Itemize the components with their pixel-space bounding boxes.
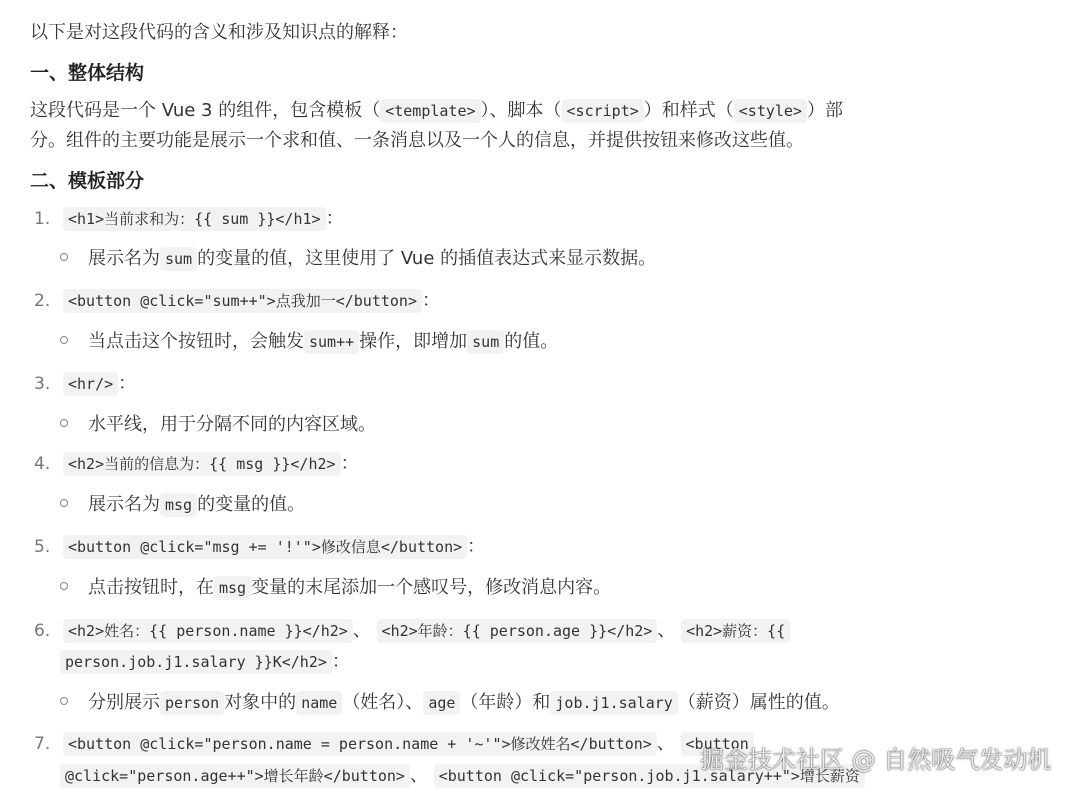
list-item-desc: 点击按钮时，在msg变量的末尾添加一个感叹号，修改消息内容。	[88, 573, 611, 603]
section-heading-template: 二、模板部分	[30, 166, 144, 196]
list-item-desc: 分别展示person对象中的name（姓名）、age（年龄）和job.j1.sa…	[88, 688, 840, 718]
list-number: 6.	[34, 616, 50, 646]
list-item-code: <h2>当前的信息为：{{ msg }}</h2>：	[63, 449, 359, 479]
code-script: <script>	[562, 99, 644, 123]
list-item-code-cont: person.job.j1.salary }}K</h2>：	[60, 647, 350, 677]
list-number: 7.	[34, 729, 50, 759]
list-number: 5.	[34, 532, 50, 562]
code-template: <template>	[380, 99, 480, 123]
structure-paragraph-line1: 这段代码是一个 Vue 3 的组件，包含模板（<template>）、脚本（<s…	[30, 96, 843, 126]
bullet-icon	[60, 582, 68, 590]
intro-text: 以下是对这段代码的含义和涉及知识点的解释：	[30, 18, 408, 48]
bullet-icon	[60, 499, 68, 507]
list-item-code: <h2>姓名：{{ person.name }}</h2>、 <h2>年龄：{{…	[63, 616, 790, 646]
list-item-code: <h1>当前求和为：{{ sum }}</h1>：	[63, 204, 344, 234]
list-item-desc: 展示名为msg的变量的值。	[88, 490, 305, 520]
watermark: 掘金技术社区 @ 自然吸气发动机	[700, 740, 1051, 775]
bullet-icon	[60, 336, 68, 344]
bullet-icon	[60, 419, 68, 427]
list-number: 3.	[34, 369, 50, 399]
list-number: 2.	[34, 286, 50, 316]
list-item-code: <hr/>：	[63, 369, 136, 399]
code-style: <style>	[734, 99, 807, 123]
list-item-code: <button @click="person.name = person.nam…	[63, 729, 754, 759]
section-heading-structure: 一、整体结构	[30, 58, 144, 88]
list-number: 4.	[34, 449, 50, 479]
bullet-icon	[60, 697, 68, 705]
list-item-desc: 展示名为sum的变量的值，这里使用了 Vue 的插值表达式来显示数据。	[88, 244, 656, 274]
bullet-icon	[60, 253, 68, 261]
list-number: 1.	[34, 204, 50, 234]
list-item-desc: 水平线，用于分隔不同的内容区域。	[88, 410, 376, 440]
structure-paragraph-line2: 分。组件的主要功能是展示一个求和值、一条消息以及一个人的信息，并提供按钮来修改这…	[30, 126, 804, 156]
list-item-code: <button @click="msg += '!'">修改信息</button…	[63, 532, 485, 562]
list-item-code: <button @click="sum++">点我加一</button>：	[63, 286, 440, 316]
list-item-desc: 当点击这个按钮时，会触发sum++操作，即增加sum的值。	[88, 327, 558, 357]
